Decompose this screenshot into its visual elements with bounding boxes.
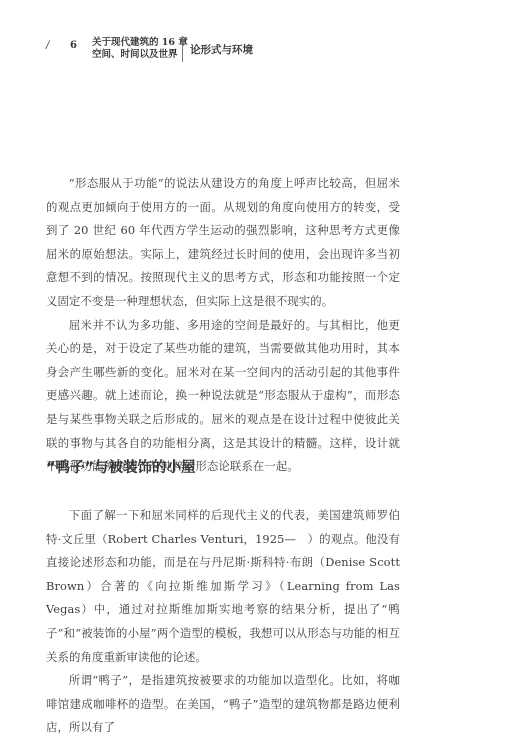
book-title-line-2: 空间、时间以及世界 (92, 49, 188, 61)
header-divider (182, 36, 183, 62)
paragraph: “形态服从于功能”的说法从建设方的角度上呼声比较高，但屈米的观点更加倾向于使用方… (46, 172, 400, 314)
paragraph: 所谓“鸭子”，是指建筑按被要求的功能加以造型化。比如，将咖啡馆建成咖啡杯的造型。… (46, 669, 400, 740)
body-text-block-2: 下面了解一下和屈米同样的后现代主义的代表，美国建筑师罗伯特·文丘里（Robert… (46, 504, 400, 740)
book-title: 关于现代建筑的 16 章 空间、时间以及世界 (92, 37, 188, 60)
body-text-block-1: “形态服从于功能”的说法从建设方的角度上呼声比较高，但屈米的观点更加倾向于使用方… (46, 172, 400, 479)
paragraph: 屈米并不认为多功能、多用途的空间是最好的。与其相比，他更关心的是，对于设定了某些… (46, 314, 400, 479)
header-slash: / (46, 40, 49, 51)
book-title-line-1: 关于现代建筑的 16 章 (92, 37, 188, 49)
page-number: 6 (70, 40, 77, 51)
section-heading: “鸭子”与被装饰的小屋 (46, 456, 196, 477)
paragraph: 下面了解一下和屈米同样的后现代主义的代表，美国建筑师罗伯特·文丘里（Robert… (46, 504, 400, 669)
chapter-title: 论形式与环境 (190, 42, 253, 57)
